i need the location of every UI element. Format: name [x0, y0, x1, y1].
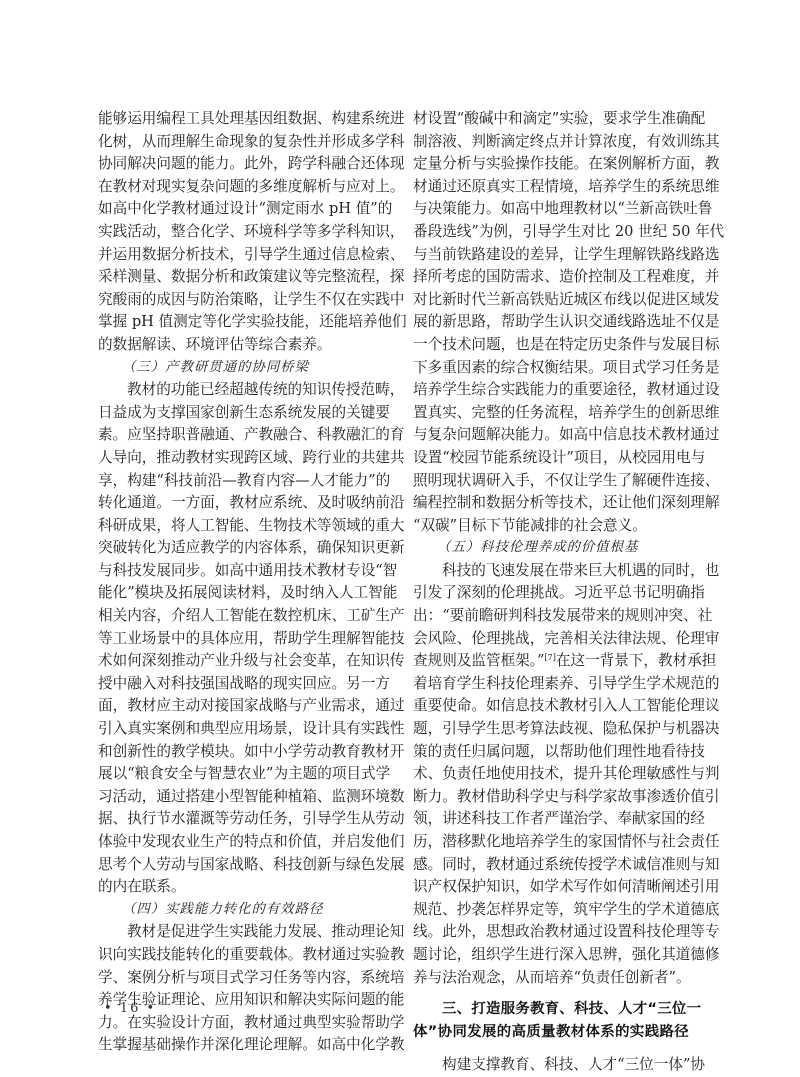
paragraph-industry-education: 教材的功能已经超越传统的知识传授范畴， 日益成为支撑国家创新生态系统发展的关键要… — [98, 379, 386, 899]
text-line: 照明现状调研入手，不仅让学生了解硬件连接、 — [413, 470, 701, 493]
text-line: 习活动，通过搭建小型智能种植箱、监测环境数 — [98, 786, 386, 809]
right-column: 材设置“酸碱中和滴定”实验，要求学生准确配 制溶液、判断滴定终点并计算浓度，有效… — [413, 108, 701, 1077]
text-line: 题，引导学生思考算法歧视、隐私保护与机器决 — [413, 718, 701, 741]
text-line: 协同解决问题的能力。此外，跨学科融合还体现 — [98, 153, 386, 176]
text-line: 定量分析与实验操作技能。在案例解析方面，教 — [413, 153, 701, 176]
text-line: 相关内容，介绍人工智能在数控机床、工矿生产 — [98, 605, 386, 628]
text-line: 究酸雨的成因与防治策略，让学生不仅在实践中 — [98, 289, 386, 312]
text-line: 展的新思路，帮助学生认识交通线路选址不仅是 — [413, 311, 701, 334]
text-line: 科研成果，将人工智能、生物技术等领域的重大 — [98, 515, 386, 538]
section-heading-line: 体”协同发展的高质量教材体系的实践路径 — [413, 1021, 701, 1044]
paragraph-practice-ability-continued: 材设置“酸碱中和滴定”实验，要求学生准确配 制溶液、判断滴定终点并计算浓度，有效… — [413, 108, 701, 537]
section-heading-3: 三、打造服务教育、科技、人才“三位一 体”协同发展的高质量教材体系的实践路径 — [413, 998, 701, 1044]
text-line: 等工业场景中的具体应用，帮助学生理解智能技 — [98, 628, 386, 651]
text-line: 体验中发现农业生产的特点和价值，并启发他们 — [98, 831, 386, 854]
text-line: 培养学生综合实践能力的重要途径，教材通过设 — [413, 379, 701, 402]
text-line: 领，讲述科技工作者严谨治学、奉献家国的经 — [413, 808, 701, 831]
text-line: 择所考虑的国防需求、造价控制及工程难度，并 — [413, 266, 701, 289]
text-line: 策的责任归属问题，以帮助他们理性地看待技 — [413, 741, 701, 764]
text-line: 题讨论，组织学生进行深入思辨，强化其道德修 — [413, 944, 701, 967]
text-line: 番段选线”为例，引导学生对比 20 世纪 50 年代 — [413, 221, 701, 244]
paragraph-practice-ability: 教材是促进学生实践能力发展、推动理论知 识向实践技能转化的重要载体。教材通过实验… — [98, 921, 386, 1057]
text-line: 与当前铁路建设的差异，让学生理解铁路线路选 — [413, 244, 701, 267]
text-line: 识向实践技能转化的重要载体。教材通过实验教 — [98, 944, 386, 967]
text-line: 感。同时，教材通过系统传授学术诚信准则与知 — [413, 854, 701, 877]
text-line: 重要使命。如信息技术教材引入人工智能伦理议 — [413, 695, 701, 718]
text-line: 着培育学生科技伦理素养、引导学生学术规范的 — [413, 673, 701, 696]
text-line: 规范、抄袭怎样界定等，筑牢学生的学术道德底 — [413, 899, 701, 922]
text-line: 并运用数据分析技术，引导学生通过信息检索、 — [98, 244, 386, 267]
text-line: 的数据解读、环境评估等综合素养。 — [98, 334, 386, 357]
text-line: 素。应坚持职普融通、产教融合、科教融汇的育 — [98, 424, 386, 447]
text-line: 思考个人劳动与国家战略、科技创新与绿色发展 — [98, 854, 386, 877]
text-line: 与复杂问题解决能力。如高中信息技术教材通过 — [413, 424, 701, 447]
text-line: 面，教材应主动对接国家战略与产业需求，通过 — [98, 695, 386, 718]
text-line: 置真实、完整的任务流程，培养学生的创新思维 — [413, 402, 701, 425]
text-line: 的内在联系。 — [98, 876, 386, 899]
text-line: 对比新时代兰新高铁贴近城区布线以促进区域发 — [413, 289, 701, 312]
text-line: 和创新性的教学模块。如中小学劳动教育教材开 — [98, 741, 386, 764]
text-line: 引发了深刻的伦理挑战。习近平总书记明确指 — [413, 582, 701, 605]
text-line: 如高中化学教材通过设计“测定雨水 pH 值”的 — [98, 198, 386, 221]
text-line: 教材的功能已经超越传统的知识传授范畴， — [98, 379, 386, 402]
text-line-with-citation: 查规则及监管框架。”[7]在这一背景下，教材承担 — [413, 650, 701, 673]
text-line: 材通过还原真实工程情境，培养学生的系统思维 — [413, 176, 701, 199]
text-line: 养与法治观念，从而培养“负责任创新者”。 — [413, 967, 701, 990]
text-line: 教材是促进学生实践能力发展、推动理论知 — [98, 921, 386, 944]
text-line: 日益成为支撑国家创新生态系统发展的关键要 — [98, 402, 386, 425]
paragraph-tech-ethics: 科技的飞速发展在带来巨大机遇的同时，也 引发了深刻的伦理挑战。习近平总书记明确指… — [413, 560, 701, 989]
text-line: 设置“校园节能系统设计”项目，从校园用电与 — [413, 447, 701, 470]
text-line: 线。此外，思想政治教材通过设置科技伦理等专 — [413, 921, 701, 944]
text-line: 下多重因素的综合权衡结果。项目式学习任务是 — [413, 357, 701, 380]
text-line: 断力。教材借助科学史与科学家故事渗透价值引 — [413, 786, 701, 809]
subsection-heading-5: （五）科技伦理养成的价值根基 — [413, 537, 701, 560]
text-line: 突破转化为适应教学的内容体系，确保知识更新 — [98, 537, 386, 560]
text-line: 与决策能力。如高中地理教材以“兰新高铁吐鲁 — [413, 198, 701, 221]
left-column: 能够运用编程工具处理基因组数据、构建系统进 化树，从而理解生命现象的复杂性并形成… — [98, 108, 386, 1057]
text-line: 一个技术问题，也是在特定历史条件与发展目标 — [413, 334, 701, 357]
text-line: 出：“要前瞻研判科技发展带来的规则冲突、社 — [413, 605, 701, 628]
text-line: 与科技发展同步。如高中通用技术教材专设“智 — [98, 560, 386, 583]
text-line: 在教材对现实复杂问题的多维度解析与应对上。 — [98, 176, 386, 199]
paragraph-section3-intro: 构建支撑教育、科技、人才“三位一体”协 — [413, 1054, 701, 1077]
text-line: 制溶液、判断滴定终点并计算浓度，有效训练其 — [413, 131, 701, 154]
text-line: 历，潜移默化地培养学生的家国情怀与社会责任 — [413, 831, 701, 854]
text-line: 科技的飞速发展在带来巨大机遇的同时，也 — [413, 560, 701, 583]
text-line: 化树，从而理解生命现象的复杂性并形成多学科 — [98, 131, 386, 154]
subsection-heading-3: （三）产教研贯通的协同桥梁 — [98, 357, 386, 380]
paragraph-interdisciplinary-continued: 能够运用编程工具处理基因组数据、构建系统进 化树，从而理解生命现象的复杂性并形成… — [98, 108, 386, 357]
text-line: 掌握 pH 值测定等化学实验技能，还能培养他们 — [98, 311, 386, 334]
page-number: • 16 • — [104, 1001, 156, 1016]
text-segment: 查规则及监管框架。” — [413, 652, 545, 669]
text-line: 实践活动，整合化学、环境科学等多学科知识， — [98, 221, 386, 244]
text-line: 据、执行节水灌溉等劳动任务，引导学生从劳动 — [98, 808, 386, 831]
section-heading-line: 三、打造服务教育、科技、人才“三位一 — [413, 998, 701, 1021]
text-line: 会风险、伦理挑战，完善相关法律法规、伦理审 — [413, 628, 701, 651]
citation-reference[interactable]: [7] — [545, 653, 556, 662]
text-line: 转化通道。一方面，教材应系统、及时吸纳前沿 — [98, 492, 386, 515]
text-line: 授中融入对科技强国战略的现实回应。另一方 — [98, 673, 386, 696]
text-line: 术如何深刻推动产业升级与社会变革，在知识传 — [98, 650, 386, 673]
text-line: 构建支撑教育、科技、人才“三位一体”协 — [413, 1054, 701, 1077]
text-line: 人导向，推动教材实现跨区域、跨行业的共建共 — [98, 447, 386, 470]
text-line: 能够运用编程工具处理基因组数据、构建系统进 — [98, 108, 386, 131]
text-line: 学、案例分析与项目式学习任务等内容，系统培 — [98, 967, 386, 990]
text-line: 引入真实案例和典型应用场景，设计具有实践性 — [98, 718, 386, 741]
text-line: 识产权保护知识，如学术写作如何清晰阐述引用 — [413, 876, 701, 899]
text-line: 编程控制和数据分析等技术，还让他们深刻理解 — [413, 492, 701, 515]
text-segment: 在这一背景下，教材承担 — [556, 652, 717, 669]
text-line: 材设置“酸碱中和滴定”实验，要求学生准确配 — [413, 108, 701, 131]
journal-page: 能够运用编程工具处理基因组数据、构建系统进 化树，从而理解生命现象的复杂性并形成… — [0, 0, 800, 1077]
text-line: 能化”模块及拓展阅读材料，及时纳入人工智能 — [98, 582, 386, 605]
subsection-heading-4: （四）实践能力转化的有效路径 — [98, 899, 386, 922]
text-line: “双碳”目标下节能减排的社会意义。 — [413, 515, 701, 538]
text-line: 术、负责任地使用技术，提升其伦理敏感性与判 — [413, 763, 701, 786]
text-line: 生掌握基础操作并深化理论理解。如高中化学教 — [98, 1034, 386, 1057]
text-line: 展以“粮食安全与智慧农业”为主题的项目式学 — [98, 763, 386, 786]
text-line: 享，构建“科技前沿—教育内容—人才能力”的 — [98, 470, 386, 493]
text-line: 采样测量、数据分析和政策建议等完整流程，探 — [98, 266, 386, 289]
